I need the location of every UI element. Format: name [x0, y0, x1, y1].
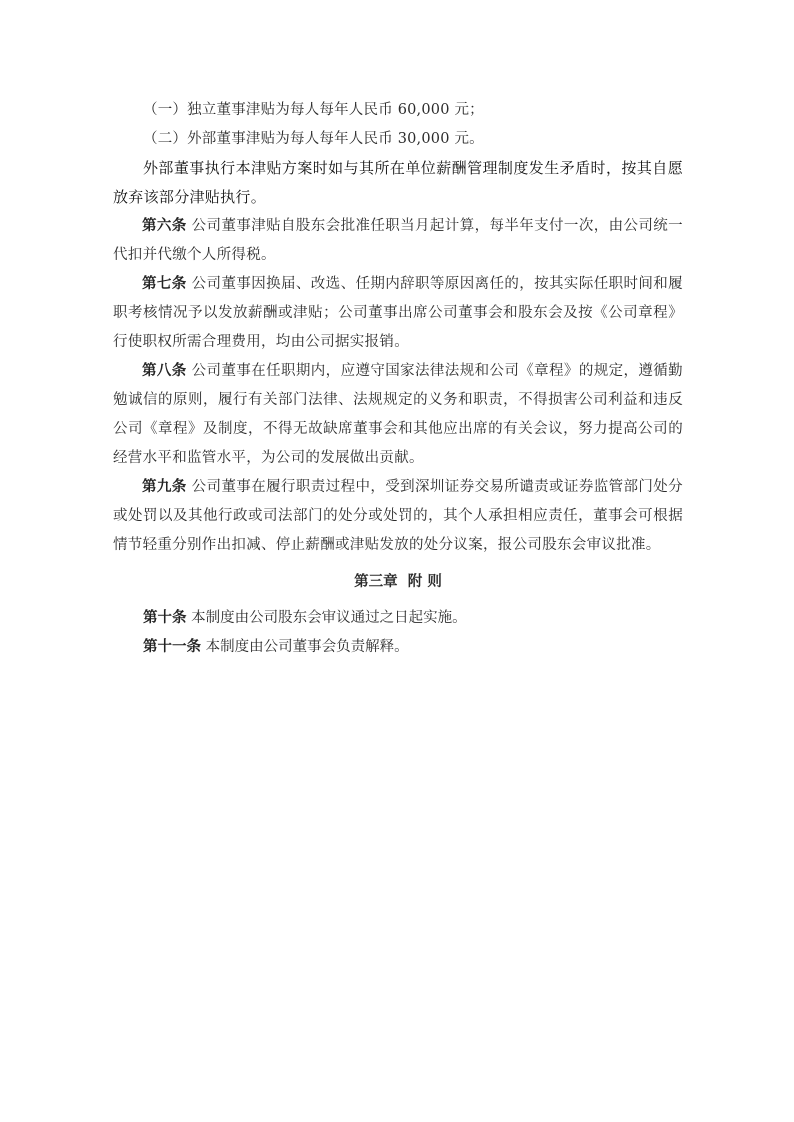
article-9: 第九条 公司董事在履行职责过程中，受到深圳证券交易所谴责或证券监管部门处分或处罚… [113, 473, 683, 560]
article-text: 公司董事在履行职责过程中，受到深圳证券交易所谴责或证券监管部门处分或处罚以及其他… [113, 479, 683, 553]
article-7: 第七条 公司董事因换届、改选、任期内辞职等原因离任的，按其实际任职时间和履职考核… [113, 270, 683, 357]
document-page: （一）独立董事津贴为每人每年人民币 60,000 元； （二）外部董事津贴为每人… [113, 96, 683, 662]
article-label: 第七条 [142, 276, 187, 292]
article-11: 第十一条 本制度由公司董事会负责解释。 [113, 633, 683, 662]
article-label: 第六条 [142, 218, 187, 234]
article-6: 第六条 公司董事津贴自股东会批准任职当月起计算，每半年支付一次，由公司统一代扣并… [113, 212, 683, 270]
article-text: 本制度由公司董事会负责解释。 [206, 639, 409, 655]
article-text: 公司董事津贴自股东会批准任职当月起计算，每半年支付一次，由公司统一代扣并代缴个人… [113, 218, 683, 263]
article-label: 第十条 [143, 610, 187, 626]
article-10: 第十条 本制度由公司股东会审议通过之日起实施。 [113, 604, 683, 633]
article-text: 公司董事因换届、改选、任期内辞职等原因离任的，按其实际任职时间和履职考核情况予以… [113, 276, 683, 350]
allowance-item-1: （一）独立董事津贴为每人每年人民币 60,000 元； [113, 96, 683, 125]
article-label: 第九条 [142, 479, 187, 495]
article-label: 第十一条 [143, 639, 201, 655]
article-text: 公司董事在任职期内，应遵守国家法律法规和公司《章程》的规定，遵循勤勉诚信的原则，… [113, 363, 683, 466]
chapter-heading: 第三章 附 则 [113, 560, 683, 604]
article-label: 第八条 [142, 363, 187, 379]
article-8: 第八条 公司董事在任职期内，应遵守国家法律法规和公司《章程》的规定，遵循勤勉诚信… [113, 357, 683, 473]
allowance-item-2: （二）外部董事津贴为每人每年人民币 30,000 元。 [113, 125, 683, 154]
external-director-note: 外部董事执行本津贴方案时如与其所在单位薪酬管理制度发生矛盾时，按其自愿放弃该部分… [113, 154, 683, 212]
article-text: 本制度由公司股东会审议通过之日起实施。 [191, 610, 467, 626]
